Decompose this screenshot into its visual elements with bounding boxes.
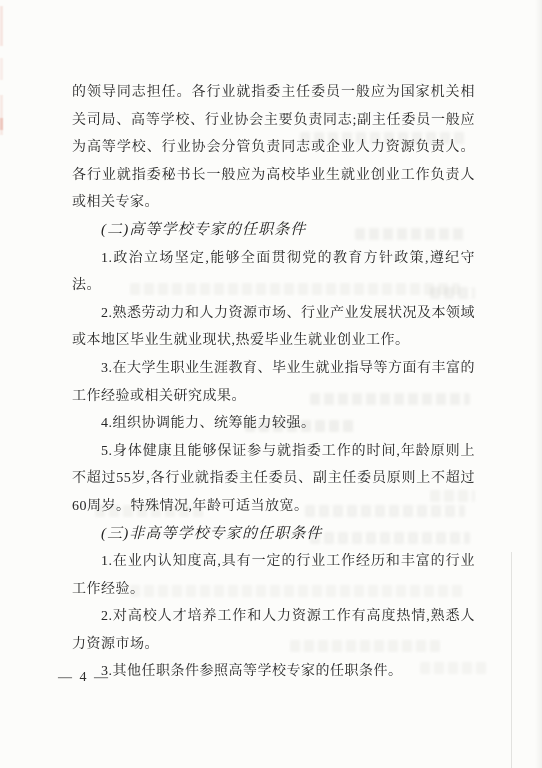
paragraph: 3.其他任职条件参照高等学校专家的任职条件。 [72,658,475,686]
scan-edge-artifact [0,58,3,80]
scan-edge-artifact [0,6,3,46]
page-edge-shade [535,0,542,768]
scan-edge-artifact [0,118,3,130]
paragraph: 的领导同志担任。各行业就指委主任委员一般应为国家机关相关司局、高等学校、行业协会… [72,79,475,217]
paragraph: 2.对高校人才培养工作和人力资源工作有高度热情,熟悉人力资源市场。 [72,603,475,658]
section-heading: (三)非高等学校专家的任职条件 [72,521,475,549]
page-number: — 4 — [58,670,110,686]
paragraph: 4.组织协调能力、统筹能力较强。 [72,410,475,438]
section-heading: (二)高等学校专家的任职条件 [72,217,475,245]
paragraph: 2.熟悉劳动力和人力资源市场、行业产业发展状况及本领域或本地区毕业生就业现状,热… [72,300,475,355]
paragraph: 3.在大学生职业生涯教育、毕业生就业指导等方面有丰富的工作经验或相关研究成果。 [72,355,475,410]
paragraph: 5.身体健康且能够保证参与就指委工作的时间,年龄原则上不超过55岁,各行业就指委… [72,438,475,521]
scan-line-artifact [511,552,512,768]
paragraph: 1.政治立场坚定,能够全面贯彻党的教育方针政策,遵纪守法。 [72,245,475,300]
text-content: 的领导同志担任。各行业就指委主任委员一般应为国家机关相关司局、高等学校、行业协会… [72,79,475,686]
paragraph: 1.在业内认知度高,具有一定的行业工作经历和丰富的行业工作经验。 [72,548,475,603]
document-page: 的领导同志担任。各行业就指委主任委员一般应为国家机关相关司局、高等学校、行业协会… [0,0,542,768]
